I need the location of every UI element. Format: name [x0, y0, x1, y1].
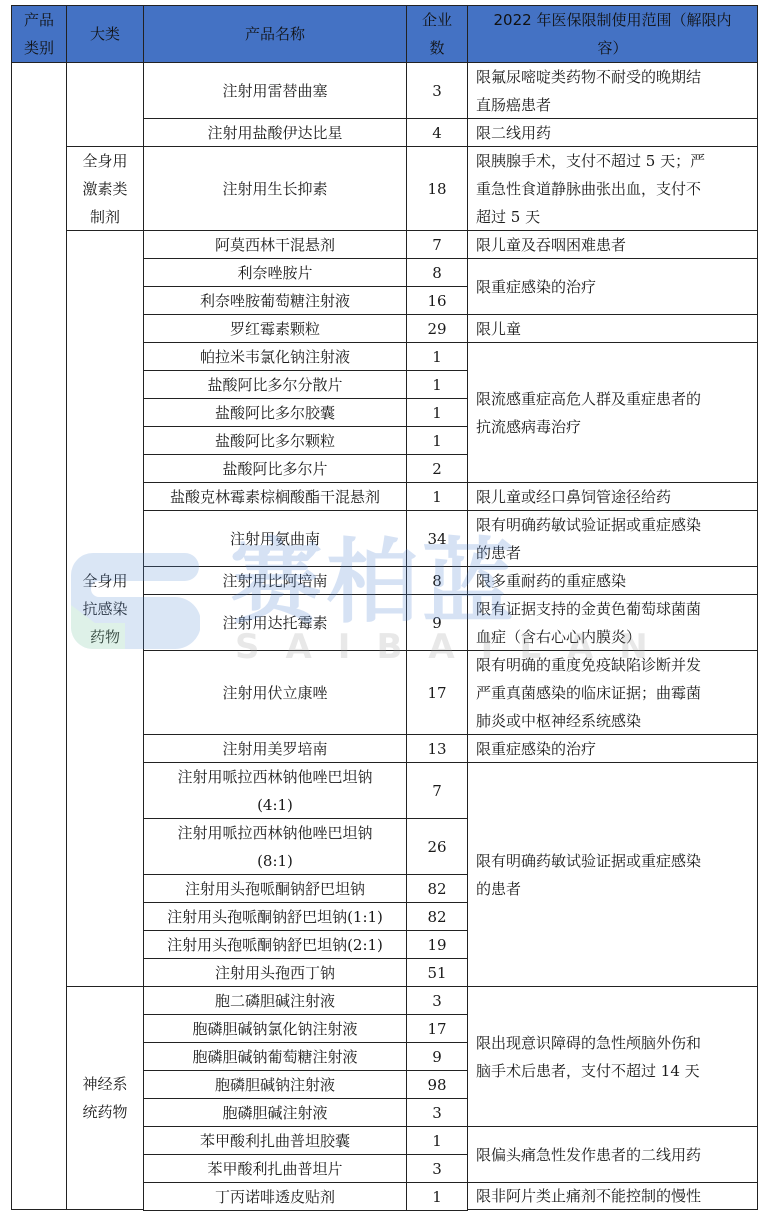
drug-table: 产品 类别 大类 产品名称 企业 数 2022 年医保限制使用范围（解限内 容）…	[0, 0, 772, 1216]
header-category: 大类	[66, 5, 144, 63]
company-count-cell: 82	[406, 902, 468, 931]
product-name-cell: 利奈唑胺片	[143, 258, 407, 287]
scope-cell: 限重症感染的治疗	[467, 734, 758, 763]
scope-text: 限偏头痛急性发作患者的二线用药	[476, 1141, 701, 1169]
scope-text: 限儿童及吞咽困难患者	[476, 231, 626, 259]
scope-cell: 限有明确的重度免疫缺陷诊断并发 严重真菌感染的临床证据；曲霉菌 肺炎或中枢神经系…	[467, 650, 758, 735]
product-name-cell: 注射用达托霉素	[143, 594, 407, 651]
product-name: 注射用氨曲南	[230, 525, 320, 553]
scope-cell: 限儿童	[467, 314, 758, 343]
company-count: 34	[427, 525, 446, 553]
scope-text: 限出现意识障碍的急性颅脑外伤和 脑手术后患者，支付不超过 14 天	[476, 1029, 701, 1085]
scope-cell: 限多重耐药的重症感染	[467, 566, 758, 595]
company-count: 82	[427, 903, 446, 931]
company-count-cell: 7	[406, 230, 468, 259]
header-product-type: 产品 类别	[11, 5, 67, 63]
header-product-name-label: 产品名称	[245, 20, 305, 48]
company-count: 8	[432, 259, 442, 287]
company-count: 8	[432, 567, 442, 595]
product-name: 注射用伏立康唑	[222, 679, 327, 707]
company-count: 18	[427, 175, 446, 203]
company-count: 7	[432, 231, 442, 259]
product-name-cell: 胞磷胆碱注射液	[143, 1098, 407, 1127]
product-name: 注射用比阿培南	[222, 567, 327, 595]
company-count-cell: 18	[406, 146, 468, 231]
company-count: 82	[427, 875, 446, 903]
scope-cell: 限二线用药	[467, 118, 758, 147]
product-name-cell: 注射用头孢哌酮钠舒巴坦钠	[143, 874, 407, 903]
company-count: 16	[427, 287, 446, 315]
company-count: 17	[427, 679, 446, 707]
company-count: 9	[432, 1043, 442, 1071]
scope-text: 限氟尿嘧啶类药物不耐受的晚期结 直肠癌患者	[476, 63, 701, 119]
product-name-cell: 苯甲酸利扎曲普坦片	[143, 1154, 407, 1183]
company-count-cell: 1	[406, 398, 468, 427]
scope-text: 限重症感染的治疗	[476, 273, 596, 301]
product-name-cell: 帕拉米韦氯化钠注射液	[143, 342, 407, 371]
category-antiinfective: 全身用 抗感染 药物	[66, 230, 144, 987]
product-name-cell: 盐酸阿比多尔颗粒	[143, 426, 407, 455]
scope-text: 限胰腺手术，支付不超过 5 天；严 重急性食道静脉曲张出血，支付不 超过 5 天	[476, 147, 705, 231]
company-count: 3	[432, 77, 442, 105]
scope-text: 限儿童	[476, 315, 521, 343]
scope-text: 限儿童或经口鼻饲管途径给药	[476, 483, 671, 511]
company-count-cell: 17	[406, 650, 468, 735]
company-count: 17	[427, 1015, 446, 1043]
company-count: 1	[432, 1127, 442, 1155]
product-name-cell: 注射用美罗培南	[143, 734, 407, 763]
product-name-cell: 注射用比阿培南	[143, 566, 407, 595]
company-count-cell: 1	[406, 1182, 468, 1211]
product-name-cell: 罗红霉素颗粒	[143, 314, 407, 343]
category-hormone-label: 全身用 激素类 制剂	[82, 147, 127, 231]
company-count-cell: 29	[406, 314, 468, 343]
company-count-cell: 3	[406, 62, 468, 119]
product-name-cell: 盐酸阿比多尔片	[143, 454, 407, 483]
product-name: 胞二磷胆碱注射液	[215, 987, 335, 1015]
scope-text: 限有明确药敏试验证据或重症感染 的患者	[476, 511, 701, 567]
product-name: 胞磷胆碱钠注射液	[215, 1071, 335, 1099]
company-count: 1	[432, 343, 442, 371]
company-count: 3	[432, 1155, 442, 1183]
header-scope: 2022 年医保限制使用范围（解限内 容）	[467, 5, 758, 63]
company-count-cell: 3	[406, 986, 468, 1015]
company-count-cell: 8	[406, 566, 468, 595]
company-count: 9	[432, 609, 442, 637]
product-name-cell: 利奈唑胺葡萄糖注射液	[143, 286, 407, 315]
company-count: 2	[432, 455, 442, 483]
company-count-cell: 98	[406, 1070, 468, 1099]
company-count: 1	[432, 483, 442, 511]
header-product-name: 产品名称	[143, 5, 407, 63]
product-name: 盐酸阿比多尔胶囊	[215, 399, 335, 427]
product-name: 丁丙诺啡透皮贴剂	[215, 1183, 335, 1211]
product-name: 注射用哌拉西林钠他唑巴坦钠 (8:1)	[177, 819, 372, 875]
company-count-cell: 9	[406, 1042, 468, 1071]
scope-cell: 限儿童及吞咽困难患者	[467, 230, 758, 259]
scope-text: 限有明确药敏试验证据或重症感染 的患者	[476, 847, 701, 903]
product-name-cell: 注射用头孢哌酮钠舒巴坦钠(1:1)	[143, 902, 407, 931]
company-count: 26	[427, 833, 446, 861]
product-name: 盐酸阿比多尔片	[222, 455, 327, 483]
scope-cell: 限有证据支持的金黄色葡萄球菌菌 血症（含右心心内膜炎）	[467, 594, 758, 651]
product-name-cell: 丁丙诺啡透皮贴剂	[143, 1182, 407, 1211]
company-count-cell: 1	[406, 482, 468, 511]
product-name: 利奈唑胺片	[237, 259, 312, 287]
scope-text: 限流感重症高危人群及重症患者的 抗流感病毒治疗	[476, 385, 701, 441]
company-count-cell: 13	[406, 734, 468, 763]
header-company-count-label: 企业 数	[422, 6, 452, 62]
product-name: 注射用头孢西丁钠	[215, 959, 335, 987]
category-nervous-label: 神经系 统药物	[82, 1070, 127, 1126]
product-name-cell: 胞二磷胆碱注射液	[143, 986, 407, 1015]
product-name: 注射用达托霉素	[222, 609, 327, 637]
product-name-cell: 胞磷胆碱钠注射液	[143, 1070, 407, 1099]
scope-cell: 限氟尿嘧啶类药物不耐受的晚期结 直肠癌患者	[467, 62, 758, 119]
product-name: 盐酸阿比多尔颗粒	[215, 427, 335, 455]
company-count-cell: 9	[406, 594, 468, 651]
product-name: 罗红霉素颗粒	[230, 315, 320, 343]
product-name-cell: 盐酸阿比多尔胶囊	[143, 398, 407, 427]
product-name: 利奈唑胺葡萄糖注射液	[200, 287, 350, 315]
scope-cell: 限儿童或经口鼻饲管途径给药	[467, 482, 758, 511]
company-count-cell: 34	[406, 510, 468, 567]
category-nervous: 神经系 统药物	[66, 986, 144, 1210]
product-name: 注射用生长抑素	[222, 175, 327, 203]
company-count-cell: 4	[406, 118, 468, 147]
header-company-count: 企业 数	[406, 5, 468, 63]
product-name-cell: 胞磷胆碱钠葡萄糖注射液	[143, 1042, 407, 1071]
company-count: 3	[432, 1099, 442, 1127]
company-count: 1	[432, 371, 442, 399]
company-count-cell: 1	[406, 426, 468, 455]
product-name: 注射用盐酸伊达比星	[207, 119, 342, 147]
scope-cell: 限出现意识障碍的急性颅脑外伤和 脑手术后患者，支付不超过 14 天	[467, 986, 758, 1127]
scope-text: 限有证据支持的金黄色葡萄球菌菌 血症（含右心心内膜炎）	[476, 595, 701, 651]
product-name: 注射用头孢哌酮钠舒巴坦钠(2:1)	[167, 931, 383, 959]
company-count-cell: 19	[406, 930, 468, 959]
company-count-cell: 1	[406, 370, 468, 399]
product-name-cell: 盐酸克林霉素棕榈酸酯干混悬剂	[143, 482, 407, 511]
product-name-cell: 注射用哌拉西林钠他唑巴坦钠 (4:1)	[143, 762, 407, 819]
company-count-cell: 51	[406, 958, 468, 987]
scope-cell: 限有明确药敏试验证据或重症感染 的患者	[467, 762, 758, 987]
product-name: 注射用头孢哌酮钠舒巴坦钠(1:1)	[167, 903, 383, 931]
company-count: 4	[432, 119, 442, 147]
product-name-cell: 注射用头孢哌酮钠舒巴坦钠(2:1)	[143, 930, 407, 959]
scope-text: 限重症感染的治疗	[476, 735, 596, 763]
company-count-cell: 3	[406, 1154, 468, 1183]
product-name-cell: 胞磷胆碱钠氯化钠注射液	[143, 1014, 407, 1043]
product-name-cell: 注射用盐酸伊达比星	[143, 118, 407, 147]
company-count-cell: 1	[406, 342, 468, 371]
product-name: 注射用头孢哌酮钠舒巴坦钠	[185, 875, 365, 903]
product-name-cell: 注射用氨曲南	[143, 510, 407, 567]
company-count-cell: 26	[406, 818, 468, 875]
product-name: 苯甲酸利扎曲普坦胶囊	[200, 1127, 350, 1155]
scope-cell: 限有明确药敏试验证据或重症感染 的患者	[467, 510, 758, 567]
company-count: 29	[427, 315, 446, 343]
scope-cell: 限胰腺手术，支付不超过 5 天；严 重急性食道静脉曲张出血，支付不 超过 5 天	[467, 146, 758, 231]
category-antiinfective-label: 全身用 抗感染 药物	[82, 567, 127, 651]
company-count: 1	[432, 427, 442, 455]
company-count: 1	[432, 399, 442, 427]
company-count-cell: 8	[406, 258, 468, 287]
category-cell-empty	[66, 62, 144, 147]
product-name-cell: 注射用哌拉西林钠他唑巴坦钠 (8:1)	[143, 818, 407, 875]
company-count-cell: 2	[406, 454, 468, 483]
company-count-cell: 1	[406, 1126, 468, 1155]
product-name: 胞磷胆碱注射液	[222, 1099, 327, 1127]
product-name-cell: 盐酸阿比多尔分散片	[143, 370, 407, 399]
product-name: 盐酸克林霉素棕榈酸酯干混悬剂	[170, 483, 380, 511]
company-count: 19	[427, 931, 446, 959]
scope-text: 限二线用药	[476, 119, 551, 147]
product-name: 盐酸阿比多尔分散片	[207, 371, 342, 399]
category-hormone: 全身用 激素类 制剂	[66, 146, 144, 231]
product-name: 注射用雷替曲塞	[222, 77, 327, 105]
company-count: 13	[427, 735, 446, 763]
scope-text: 限有明确的重度免疫缺陷诊断并发 严重真菌感染的临床证据；曲霉菌 肺炎或中枢神经系…	[476, 651, 701, 735]
company-count-cell: 3	[406, 1098, 468, 1127]
header-category-label: 大类	[90, 20, 120, 48]
scope-cell: 限重症感染的治疗	[467, 258, 758, 315]
company-count: 51	[427, 959, 446, 987]
product-name-cell: 注射用头孢西丁钠	[143, 958, 407, 987]
product-name: 胞磷胆碱钠氯化钠注射液	[192, 1015, 357, 1043]
header-scope-label: 2022 年医保限制使用范围（解限内 容）	[494, 6, 732, 62]
scope-text: 限非阿片类止痛剂不能控制的慢性	[476, 1182, 701, 1210]
product-name: 注射用哌拉西林钠他唑巴坦钠 (4:1)	[177, 763, 372, 819]
company-count: 3	[432, 987, 442, 1015]
product-name-cell: 注射用伏立康唑	[143, 650, 407, 735]
product-name: 阿莫西林干混悬剂	[215, 231, 335, 259]
company-count: 7	[432, 777, 442, 805]
scope-cell: 限偏头痛急性发作患者的二线用药	[467, 1126, 758, 1183]
company-count-cell: 17	[406, 1014, 468, 1043]
company-count-cell: 16	[406, 286, 468, 315]
company-count: 1	[432, 1183, 442, 1211]
company-count-cell: 82	[406, 874, 468, 903]
product-name: 帕拉米韦氯化钠注射液	[200, 343, 350, 371]
header-product-type-label: 产品 类别	[24, 6, 54, 62]
product-name-cell: 注射用雷替曲塞	[143, 62, 407, 119]
product-name-cell: 阿莫西林干混悬剂	[143, 230, 407, 259]
product-name-cell: 苯甲酸利扎曲普坦胶囊	[143, 1126, 407, 1155]
product-name: 苯甲酸利扎曲普坦片	[207, 1155, 342, 1183]
product-name-cell: 注射用生长抑素	[143, 146, 407, 231]
scope-cell: 限流感重症高危人群及重症患者的 抗流感病毒治疗	[467, 342, 758, 483]
product-name: 胞磷胆碱钠葡萄糖注射液	[192, 1043, 357, 1071]
company-count: 98	[427, 1071, 446, 1099]
product-name: 注射用美罗培南	[222, 735, 327, 763]
company-count-cell: 7	[406, 762, 468, 819]
scope-text: 限多重耐药的重症感染	[476, 567, 626, 595]
scope-cell: 限非阿片类止痛剂不能控制的慢性	[467, 1182, 758, 1210]
product-type-cell	[11, 62, 67, 1210]
